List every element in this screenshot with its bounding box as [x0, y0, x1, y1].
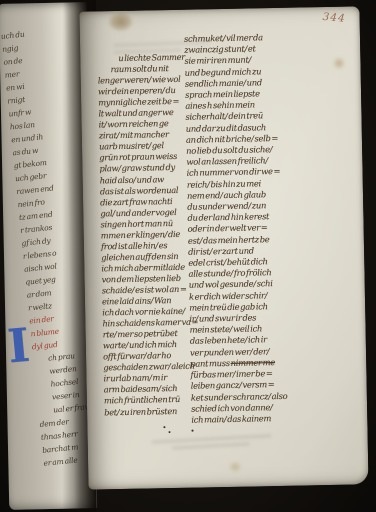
manuscript-line: schaide/ es ist wol an =: [102, 284, 194, 297]
ink-speck: [191, 430, 193, 432]
manuscript-page: 344 u liechte Sammerraum solt du nitleng…: [79, 6, 368, 489]
manuscript-line: hin schaidens kamer va =: [102, 317, 194, 330]
text-column-right: schmuket/ vil mer dazwainczig stunt/ ets…: [184, 31, 322, 426]
manuscript-line: mmen er klingen/ die: [101, 228, 193, 241]
manuscript-line: geschaiden zwar/ aleich: [103, 361, 195, 374]
show-through-text: [151, 430, 282, 455]
photo-background: { "colors": { "background": "#16130f", "…: [0, 0, 376, 512]
manuscript-line: u liechte Sammer: [118, 52, 189, 64]
stain: [332, 57, 345, 70]
manuscript-line: das ist als wordenual: [100, 184, 192, 197]
stain: [108, 13, 132, 31]
page-number: 344: [322, 11, 346, 25]
manuscript-line: ich main/ das kainem: [191, 412, 321, 426]
manuscript-line: mynnigliche zeit be =: [98, 96, 190, 109]
manuscript-line: lenger weren/ wie wol: [98, 74, 190, 87]
manuscript-line: bet/ zu iren brüsten: [104, 405, 196, 418]
illuminated-initial: I: [5, 319, 26, 376]
stain: [228, 461, 242, 473]
ink-speck: [169, 431, 171, 433]
text-column-left: u liechte Sammerraum solt du nitlenger w…: [97, 52, 196, 418]
ink-speck: [163, 426, 165, 428]
